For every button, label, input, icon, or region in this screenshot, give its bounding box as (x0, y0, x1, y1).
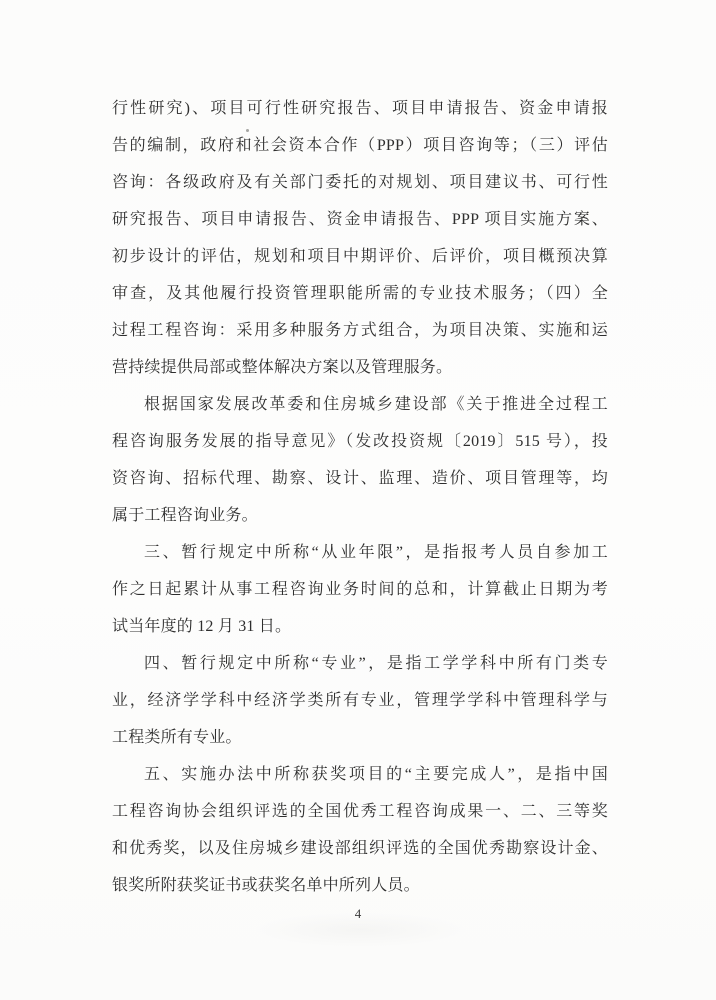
text-line: 研究报告、项目申请报告、资金申请报告、PPP 项目实施方案、 (112, 201, 608, 238)
text-line: 四、暂行规定中所称“专业”，是指工学学科中所有门类专 (112, 645, 608, 682)
paragraph: 五、实施办法中所称获奖项目的“主要完成人”，是指中国工程咨询协会组织评选的全国优… (112, 756, 608, 904)
text-line: 程咨询服务发展的指导意见》（发改投资规〔2019〕515 号），投 (112, 423, 608, 460)
scan-speck (246, 129, 249, 132)
paragraph: 四、暂行规定中所称“专业”，是指工学学科中所有门类专业，经济学学科中经济学类所有… (112, 645, 608, 756)
paragraph: 根据国家发展改革委和住房城乡建设部《关于推进全过程工程咨询服务发展的指导意见》（… (112, 386, 608, 534)
text-line: 工程咨询协会组织评选的全国优秀工程咨询成果一、二、三等奖 (112, 793, 608, 830)
text-line: 行性研究)、项目可行性研究报告、项目申请报告、资金申请报 (112, 90, 608, 127)
paragraph: 三、暂行规定中所称“从业年限”，是指报考人员自参加工作之日起累计从事工程咨询业务… (112, 534, 608, 645)
text-line: 业，经济学学科中经济学类所有专业，管理学学科中管理科学与 (112, 682, 608, 719)
text-line: 试当年度的 12 月 31 日。 (112, 608, 608, 645)
text-line: 初步设计的评估，规划和项目中期评价、后评价，项目概预决算 (112, 238, 608, 275)
text-line: 咨询：各级政府及有关部门委托的对规划、项目建议书、可行性 (112, 164, 608, 201)
document-body: 行性研究)、项目可行性研究报告、项目申请报告、资金申请报告的编制，政府和社会资本… (112, 90, 608, 904)
text-line: 工程类所有专业。 (112, 719, 608, 756)
page-number: 4 (0, 906, 716, 922)
text-line: 和优秀奖，以及住房城乡建设部组织评选的全国优秀勘察设计金、 (112, 830, 608, 867)
text-line: 告的编制，政府和社会资本合作（PPP）项目咨询等；（三）评估 (112, 127, 608, 164)
text-line: 作之日起累计从事工程咨询业务时间的总和，计算截止日期为考 (112, 571, 608, 608)
text-line: 资咨询、招标代理、勘察、设计、监理、造价、项目管理等，均 (112, 460, 608, 497)
text-line: 三、暂行规定中所称“从业年限”，是指报考人员自参加工 (112, 534, 608, 571)
text-line: 属于工程咨询业务。 (112, 497, 608, 534)
text-line: 过程工程咨询：采用多种服务方式组合，为项目决策、实施和运 (112, 312, 608, 349)
paragraph: 行性研究)、项目可行性研究报告、项目申请报告、资金申请报告的编制，政府和社会资本… (112, 90, 608, 386)
document-page: 行性研究)、项目可行性研究报告、项目申请报告、资金申请报告的编制，政府和社会资本… (0, 0, 716, 1000)
text-line: 银奖所附获奖证书或获奖名单中所列人员。 (112, 867, 608, 904)
text-line: 营持续提供局部或整体解决方案以及管理服务。 (112, 349, 608, 386)
text-line: 根据国家发展改革委和住房城乡建设部《关于推进全过程工 (112, 386, 608, 423)
text-line: 审查，及其他履行投资管理职能所需的专业技术服务；（四）全 (112, 275, 608, 312)
text-line: 五、实施办法中所称获奖项目的“主要完成人”，是指中国 (112, 756, 608, 793)
